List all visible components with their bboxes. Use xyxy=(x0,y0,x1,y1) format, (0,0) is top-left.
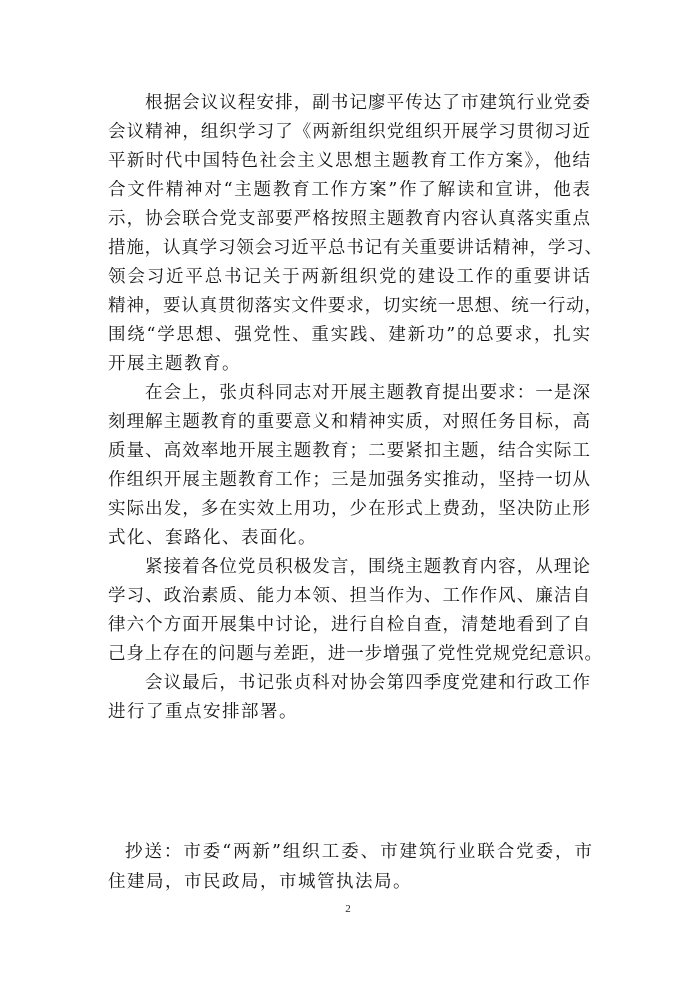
text-line: 措施，认真学习领会习近平总书记有关重要讲话精神，学习、 xyxy=(108,234,602,263)
text-line: 平新时代中国特色社会主义思想主题教育工作方案》，他结 xyxy=(108,147,590,176)
text-line: 示，协会联合党支部要严格按照主题教育内容认真落实重点 xyxy=(108,205,590,234)
text-line: 作组织开展主题教育工作；三是加强务实推动，坚持一切从 xyxy=(108,466,590,495)
text-line: 根据会议议程安排，副书记廖平传达了市建筑行业党委 xyxy=(145,89,590,118)
text-line: 会议精神，组织学习了《两新组织党组织开展学习贯彻习近 xyxy=(108,118,590,147)
paragraph-requirements: 在会上，张贞科同志对开展主题教育提出要求：一是深 刻理解主题教育的重要意义和精神… xyxy=(108,379,608,553)
text-line: 围绕“学思想、强党性、重实践、建新功”的总要求，扎实 xyxy=(108,321,590,350)
cc-line: 抄送：市委“两新”组织工委、市建筑行业联合党委，市 xyxy=(125,837,592,867)
text-line: 会议最后，书记张贞科对协会第四季度党建和行政工作 xyxy=(145,669,590,698)
text-line: 律六个方面开展集中讨论，进行自检自查，清楚地看到了自 xyxy=(108,611,590,640)
document-body: 根据会议议程安排，副书记廖平传达了市建筑行业党委 会议精神，组织学习了《两新组织… xyxy=(108,89,608,727)
text-line: 在会上，张贞科同志对开展主题教育提出要求：一是深 xyxy=(145,379,590,408)
text-line: 开展主题教育。 xyxy=(108,350,608,379)
text-line: 实际出发，多在实效上用功，少在形式上费劲，坚决防止形 xyxy=(108,495,590,524)
text-line: 合文件精神对“主题教育工作方案”作了解读和宣讲，他表 xyxy=(108,176,590,205)
text-line: 领会习近平总书记关于两新组织党的建设工作的重要讲话 xyxy=(108,263,590,292)
text-line: 己身上存在的问题与差距，进一步增强了党性党规党纪意识。 xyxy=(108,640,602,669)
page-number: 2 xyxy=(338,902,358,916)
text-line: 学习、政治素质、能力本领、担当作为、工作作风、廉洁自 xyxy=(108,582,590,611)
cc-distribution: 抄送：市委“两新”组织工委、市建筑行业联合党委，市 住建局，市民政局，市城管执法… xyxy=(108,837,608,897)
paragraph-meeting-agenda: 根据会议议程安排，副书记廖平传达了市建筑行业党委 会议精神，组织学习了《两新组织… xyxy=(108,89,608,379)
text-line: 紧接着各位党员积极发言，围绕主题教育内容，从理论 xyxy=(145,553,590,582)
document-page: 根据会议议程安排，副书记廖平传达了市建筑行业党委 会议精神，组织学习了《两新组织… xyxy=(0,0,700,989)
text-line: 进行了重点安排部署。 xyxy=(108,698,608,727)
text-line: 精神，要认真贯彻落实文件要求，切实统一思想、统一行动， xyxy=(108,292,602,321)
paragraph-closing: 会议最后，书记张贞科对协会第四季度党建和行政工作 进行了重点安排部署。 xyxy=(108,669,608,727)
text-line: 质量、高效率地开展主题教育；二要紧扣主题，结合实际工 xyxy=(108,437,590,466)
text-line: 式化、套路化、表面化。 xyxy=(108,524,608,553)
cc-line: 住建局，市民政局，市城管执法局。 xyxy=(108,867,608,897)
text-line: 刻理解主题教育的重要意义和精神实质，对照任务目标，高 xyxy=(108,408,590,437)
paragraph-discussion: 紧接着各位党员积极发言，围绕主题教育内容，从理论 学习、政治素质、能力本领、担当… xyxy=(108,553,608,669)
